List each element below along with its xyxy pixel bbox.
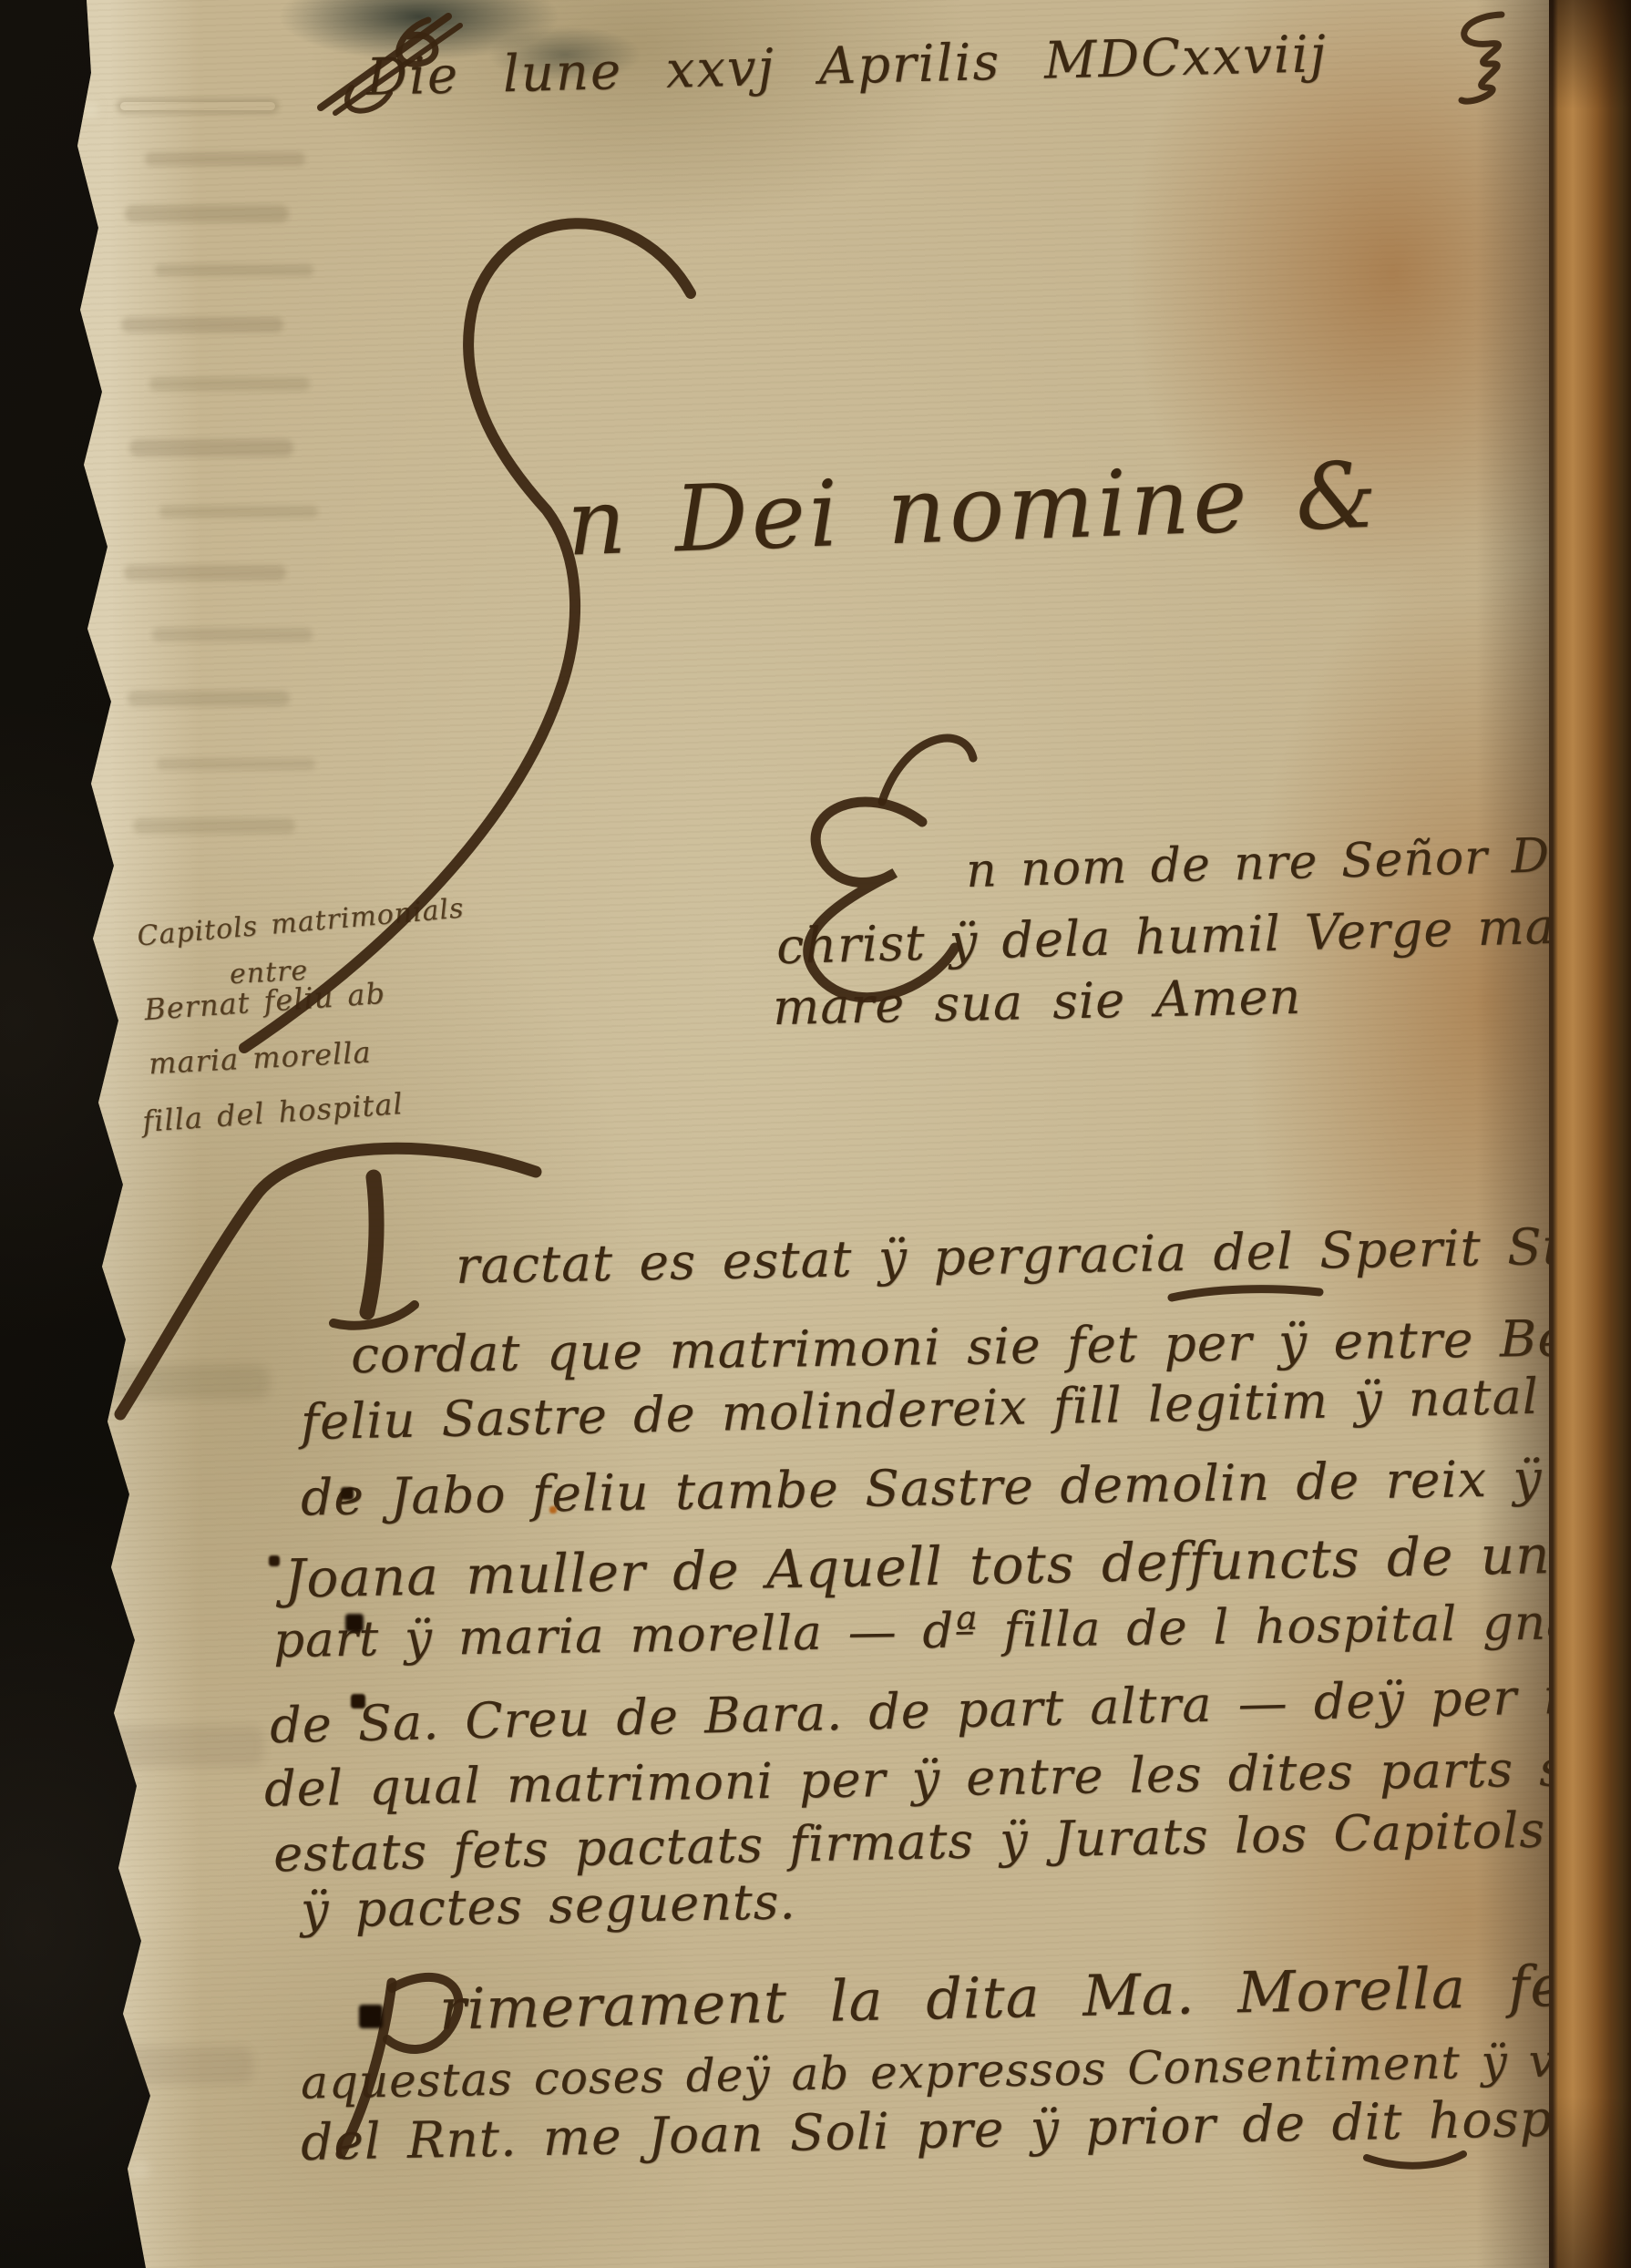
header-paraph-flourish [1462,15,1502,101]
body-line: de Sa. Creu de Bara. de part altra — deÿ… [269,1666,1631,1755]
body-line: ÿ pactes seguents. [300,1873,796,1938]
body-line: ractat es estat ÿ pergracia del Sperit S… [456,1215,1631,1295]
book-gutter-edge [1549,0,1631,2268]
invocation-line: mare sua sie Amen [772,968,1301,1036]
margin-note-line: Bernat feliu ab [143,976,386,1027]
invocation-line: christ ÿ dela humil Verge maria [775,896,1626,975]
header-date-line: Die lune xxvj Aprilis MDCxxviij [365,25,1328,108]
hospital-underline-stroke [1367,2154,1463,2166]
margin-note-line: filla del hospital [141,1086,405,1139]
manuscript-page: Die lune xxvj Aprilis MDCxxviij n Dei no… [0,0,1631,2268]
margin-note-line: maria morella [148,1035,372,1082]
pen-flourishes [0,0,1631,2268]
ink-blot-dots [0,0,2,2]
invocation-line: n nom de nre Señor Deu Jesu [965,824,1631,898]
clause-line: rimerament la dita Ma. Morella fent [438,1951,1626,2042]
sperit-underline-stroke [1172,1289,1319,1298]
bleed-through-marks [120,102,275,110]
margin-note-line: Capitols matrimonials [136,892,466,952]
photo-background: Die lune xxvj Aprilis MDCxxviij n Dei no… [0,0,1631,2268]
body-line: de Jabo feliu tambe Sastre demolin de re… [301,1448,1631,1527]
heading-text: n Dei nomine & [565,441,1382,576]
